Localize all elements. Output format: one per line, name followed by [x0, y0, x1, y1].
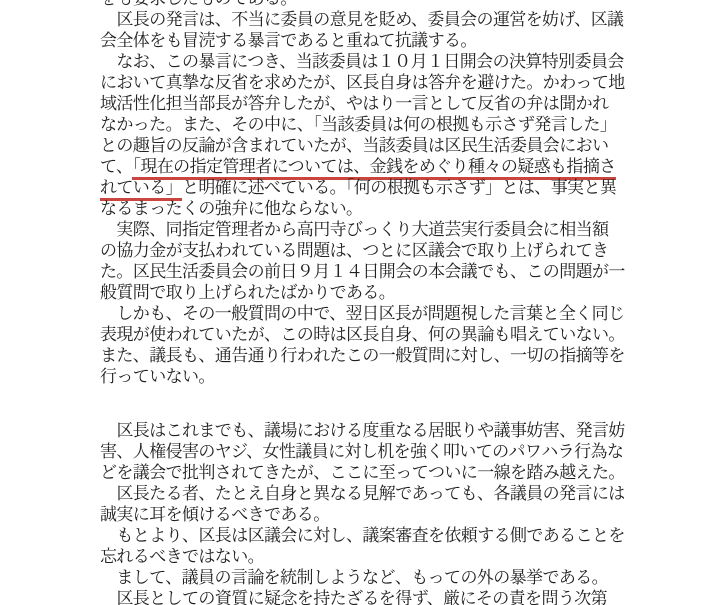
text-line: との趣旨の反論が含まれていたが、当該委員は区民生活委員会におい [100, 135, 645, 156]
text-line: 害、人権侵害のヤジ、女性議員に対し机を強く叩いてのパワハラ行為な [100, 441, 645, 462]
text-line: れている」と明確に述べている。「何の根拠も示さず」とは、事実と異 [100, 177, 645, 198]
text-line: 区長としての資質に疑念を持たざるを得ず、厳にその責を問う次第 [100, 588, 645, 605]
text-segment: と明確に述べている。「何の根拠も示さず」とは、事実と異 [182, 178, 616, 197]
text-line: 般質問で取り上げられたばかりである。 [100, 282, 645, 303]
text-line: 区長たる者、たとえ自身と異なる見解であっても、各議員の発言には [100, 483, 645, 504]
text-line: 域活性化担当部長が答弁したが、やはり一言として反省の弁は聞かれ [100, 93, 645, 114]
text-line: た。区民生活委員会の前日９月１４日開会の本会議でも、この問題が一 [100, 261, 645, 282]
text-line: をも要求したものである。 [100, 0, 645, 9]
text-line: 忘れるべきではない。 [100, 546, 645, 567]
text-line: まして、議員の言論を統制しようなど、もっての外の暴挙である。 [100, 567, 645, 588]
text-line: 会全体をも冒涜する暴言であると重ねて抗議する。 [100, 30, 645, 51]
text-line: また、議長も、通告通り行われたこの一般質問に対し、一切の指摘等を [100, 345, 645, 366]
text-line: なるまったくの強弁に他ならない。 [100, 198, 645, 219]
text-line: 誠実に耳を傾けるべきである。 [100, 504, 645, 525]
text-line: て、「現在の指定管理者については、金銭をめぐり種々の疑惑も指摘さ [100, 156, 645, 177]
text-segment: て、 [100, 157, 132, 176]
paragraph-spacer [100, 387, 645, 420]
text-line: どを議会で批判されてきたが、ここに至ってついに一線を踏み越えた。 [100, 462, 645, 483]
text-line: もとより、区長は区議会に対し、議案審査を依頼する側であることを [100, 525, 645, 546]
text-line: 区長の発言は、不当に委員の意見を貶め、委員会の運営を妨げ、区議 [100, 9, 645, 30]
text-line: の協力金が支払われている問題は、つとに区議会で取り上げられてき [100, 240, 645, 261]
text-line: 表現が使われていたが、この時は区長自身、何の異論も唱えていない。 [100, 324, 645, 345]
text-line: 行っていない。 [100, 366, 645, 387]
text-line: 実際、同指定管理者から高円寺びっくり大道芸実行委員会に相当額 [100, 219, 645, 240]
document-page: をも要求したものである。 区長の発言は、不当に委員の意見を貶め、委員会の運営を妨… [0, 0, 713, 605]
text-line: なかった。また、その中に、「当該委員は何の根拠も示さず発言した」 [100, 114, 645, 135]
text-line: なお、この暴言につき、当該委員は１０月１日開会の決算特別委員会 [100, 51, 645, 72]
document-text: をも要求したものである。 区長の発言は、不当に委員の意見を貶め、委員会の運営を妨… [100, 0, 645, 605]
text-line: において真摯な反省を求めたが、区長自身は答弁を避けた。かわって地 [100, 72, 645, 93]
text-line: 区長はこれまでも、議場における度重なる居眠りや議事妨害、発言妨 [100, 420, 645, 441]
text-line: しかも、その一般質問の中で、翌日区長が問題視した言葉と全く同じ [100, 303, 645, 324]
